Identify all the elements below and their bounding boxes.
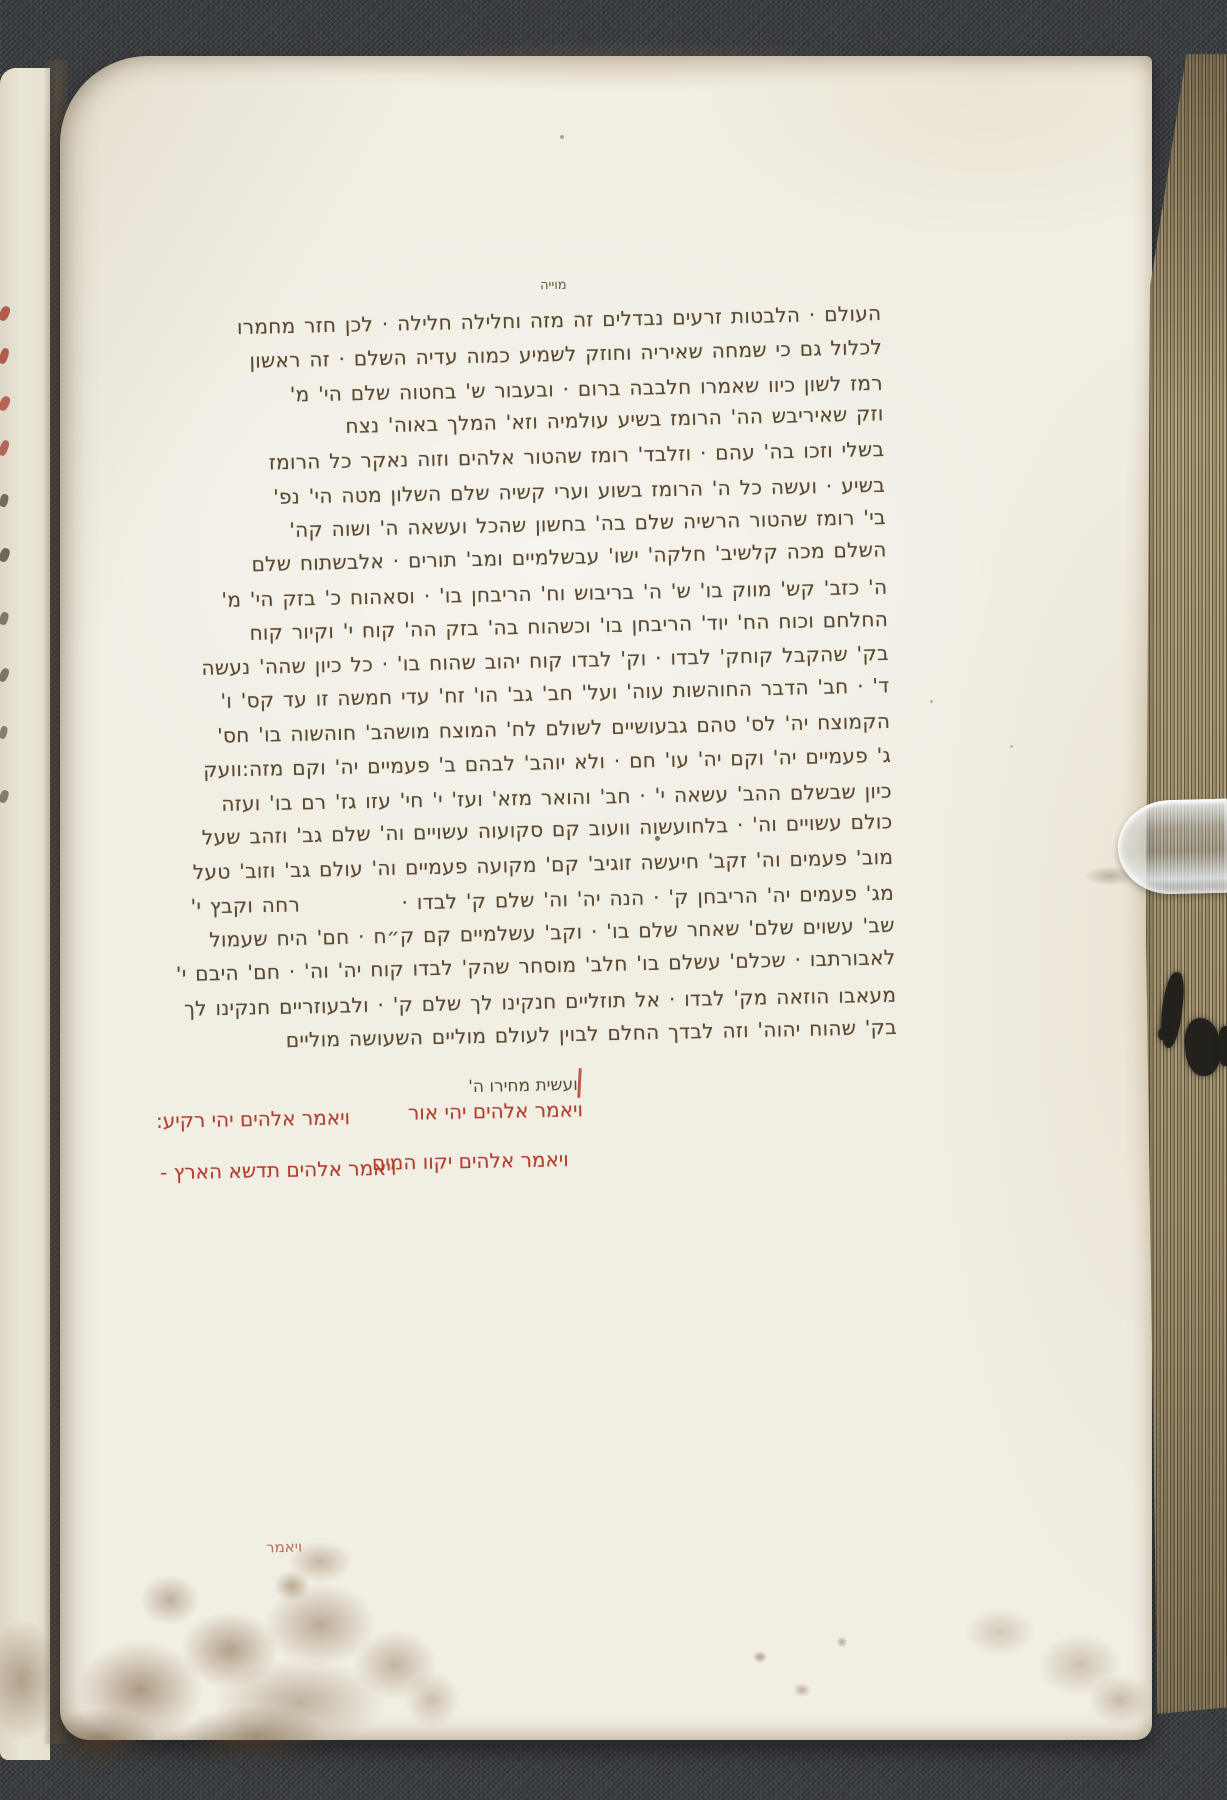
ink-speck xyxy=(655,836,660,841)
text-block: העולם · הלבטות זרעים נבדלים זה מזה וחליל… xyxy=(95,296,897,1061)
ink-speck xyxy=(930,700,933,703)
glass-page-weight xyxy=(1117,799,1227,896)
rubric-verse: ויאמר אלהים תדשא הארץ - xyxy=(160,1156,397,1185)
photo-background: מוייה העולם · הלבטות זרעים נבדלים זה מזה… xyxy=(0,0,1227,1800)
scribal-correction: מוייה xyxy=(540,278,567,294)
ink-blot xyxy=(1218,1026,1227,1066)
rubric-verse: ויאמר אלהים יהי רקיע: xyxy=(156,1105,350,1133)
rubric-verse: ויאמר אלהים יהי אור xyxy=(408,1097,583,1124)
catchword: ויאמר xyxy=(266,1537,303,1556)
facing-page-edge xyxy=(0,68,50,1760)
ink-speck xyxy=(1010,745,1013,748)
ink-blot xyxy=(1158,1028,1167,1040)
ink-speck xyxy=(560,135,564,139)
rubric-verse: ויאמר אלהים יקוו המים xyxy=(372,1147,569,1175)
